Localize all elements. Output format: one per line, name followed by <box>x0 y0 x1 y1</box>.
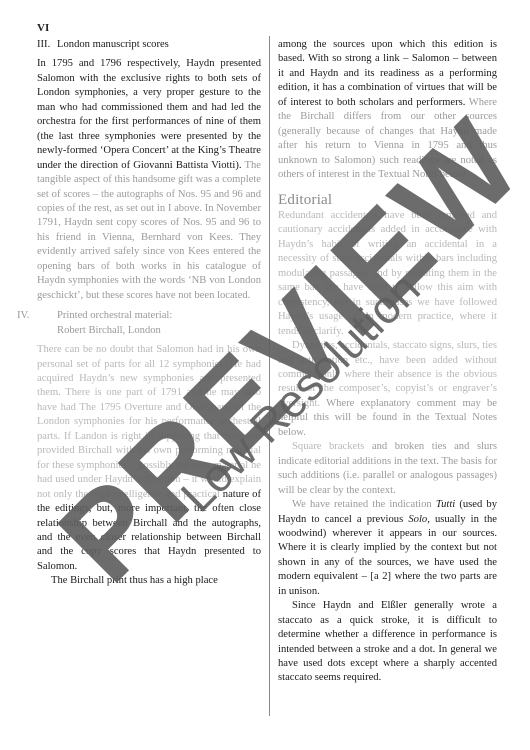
paragraph-dynamics: Dynamics, accidentals, staccato signs, s… <box>278 339 497 440</box>
paragraph-manuscript-scores: In 1795 and 1796 respectively, Haydn pre… <box>37 57 261 303</box>
term-solo: Solo <box>408 514 427 525</box>
paragraph-text: We have retained the indication <box>292 499 436 510</box>
right-column: among the sources upon which this editio… <box>278 38 497 686</box>
section-numeral: III. <box>37 38 57 52</box>
section-heading-iii: III.London manuscript scores <box>37 38 261 52</box>
paragraph-sources: among the sources upon which this editio… <box>278 38 497 183</box>
left-column: III.London manuscript scores In 1795 and… <box>37 38 261 589</box>
paragraph-birchall: There can be no doubt that Salomon had i… <box>37 343 261 574</box>
paragraph-text: nature of the editings, but, more import… <box>37 489 261 572</box>
section-heading-iv: IV.Printed orchestral material: Robert B… <box>37 309 261 338</box>
paragraph-text: , usually in the woodwind) wherever it a… <box>278 514 497 597</box>
paragraph-brackets: Square brackets and broken ties and slur… <box>278 440 497 498</box>
paragraph-tutti: We have retained the indication Tutti (u… <box>278 498 497 599</box>
paragraph-birchall-print: The Birchall print thus has a high place <box>37 574 261 588</box>
section-title-line1: Printed orchestral material: <box>57 310 172 321</box>
paragraph-text-faded: Square brackets <box>292 441 364 452</box>
paragraph-text: In 1795 and 1796 respectively, Haydn pre… <box>37 58 261 170</box>
paragraph-text-faded: Where the Birchall differs from our othe… <box>278 97 497 180</box>
section-title-editorial: Editorial <box>278 193 497 207</box>
paragraph-text-faded: The tangible aspect of this handsome gif… <box>37 160 261 301</box>
page-number: VI <box>37 22 49 34</box>
section-title: London manuscript scores <box>57 39 169 50</box>
paragraph-text-faded: There can be no doubt that Salomon had i… <box>37 344 261 500</box>
section-numeral: IV. <box>37 309 57 323</box>
section-title-line2: Robert Birchall, London <box>57 325 161 336</box>
term-tutti: Tutti <box>436 499 455 510</box>
paragraph-accidentals: Redundant accidentals have been removed … <box>278 209 497 339</box>
paragraph-staccato: Since Haydn and Elßler generally wrote a… <box>278 599 497 686</box>
column-divider <box>269 36 270 716</box>
